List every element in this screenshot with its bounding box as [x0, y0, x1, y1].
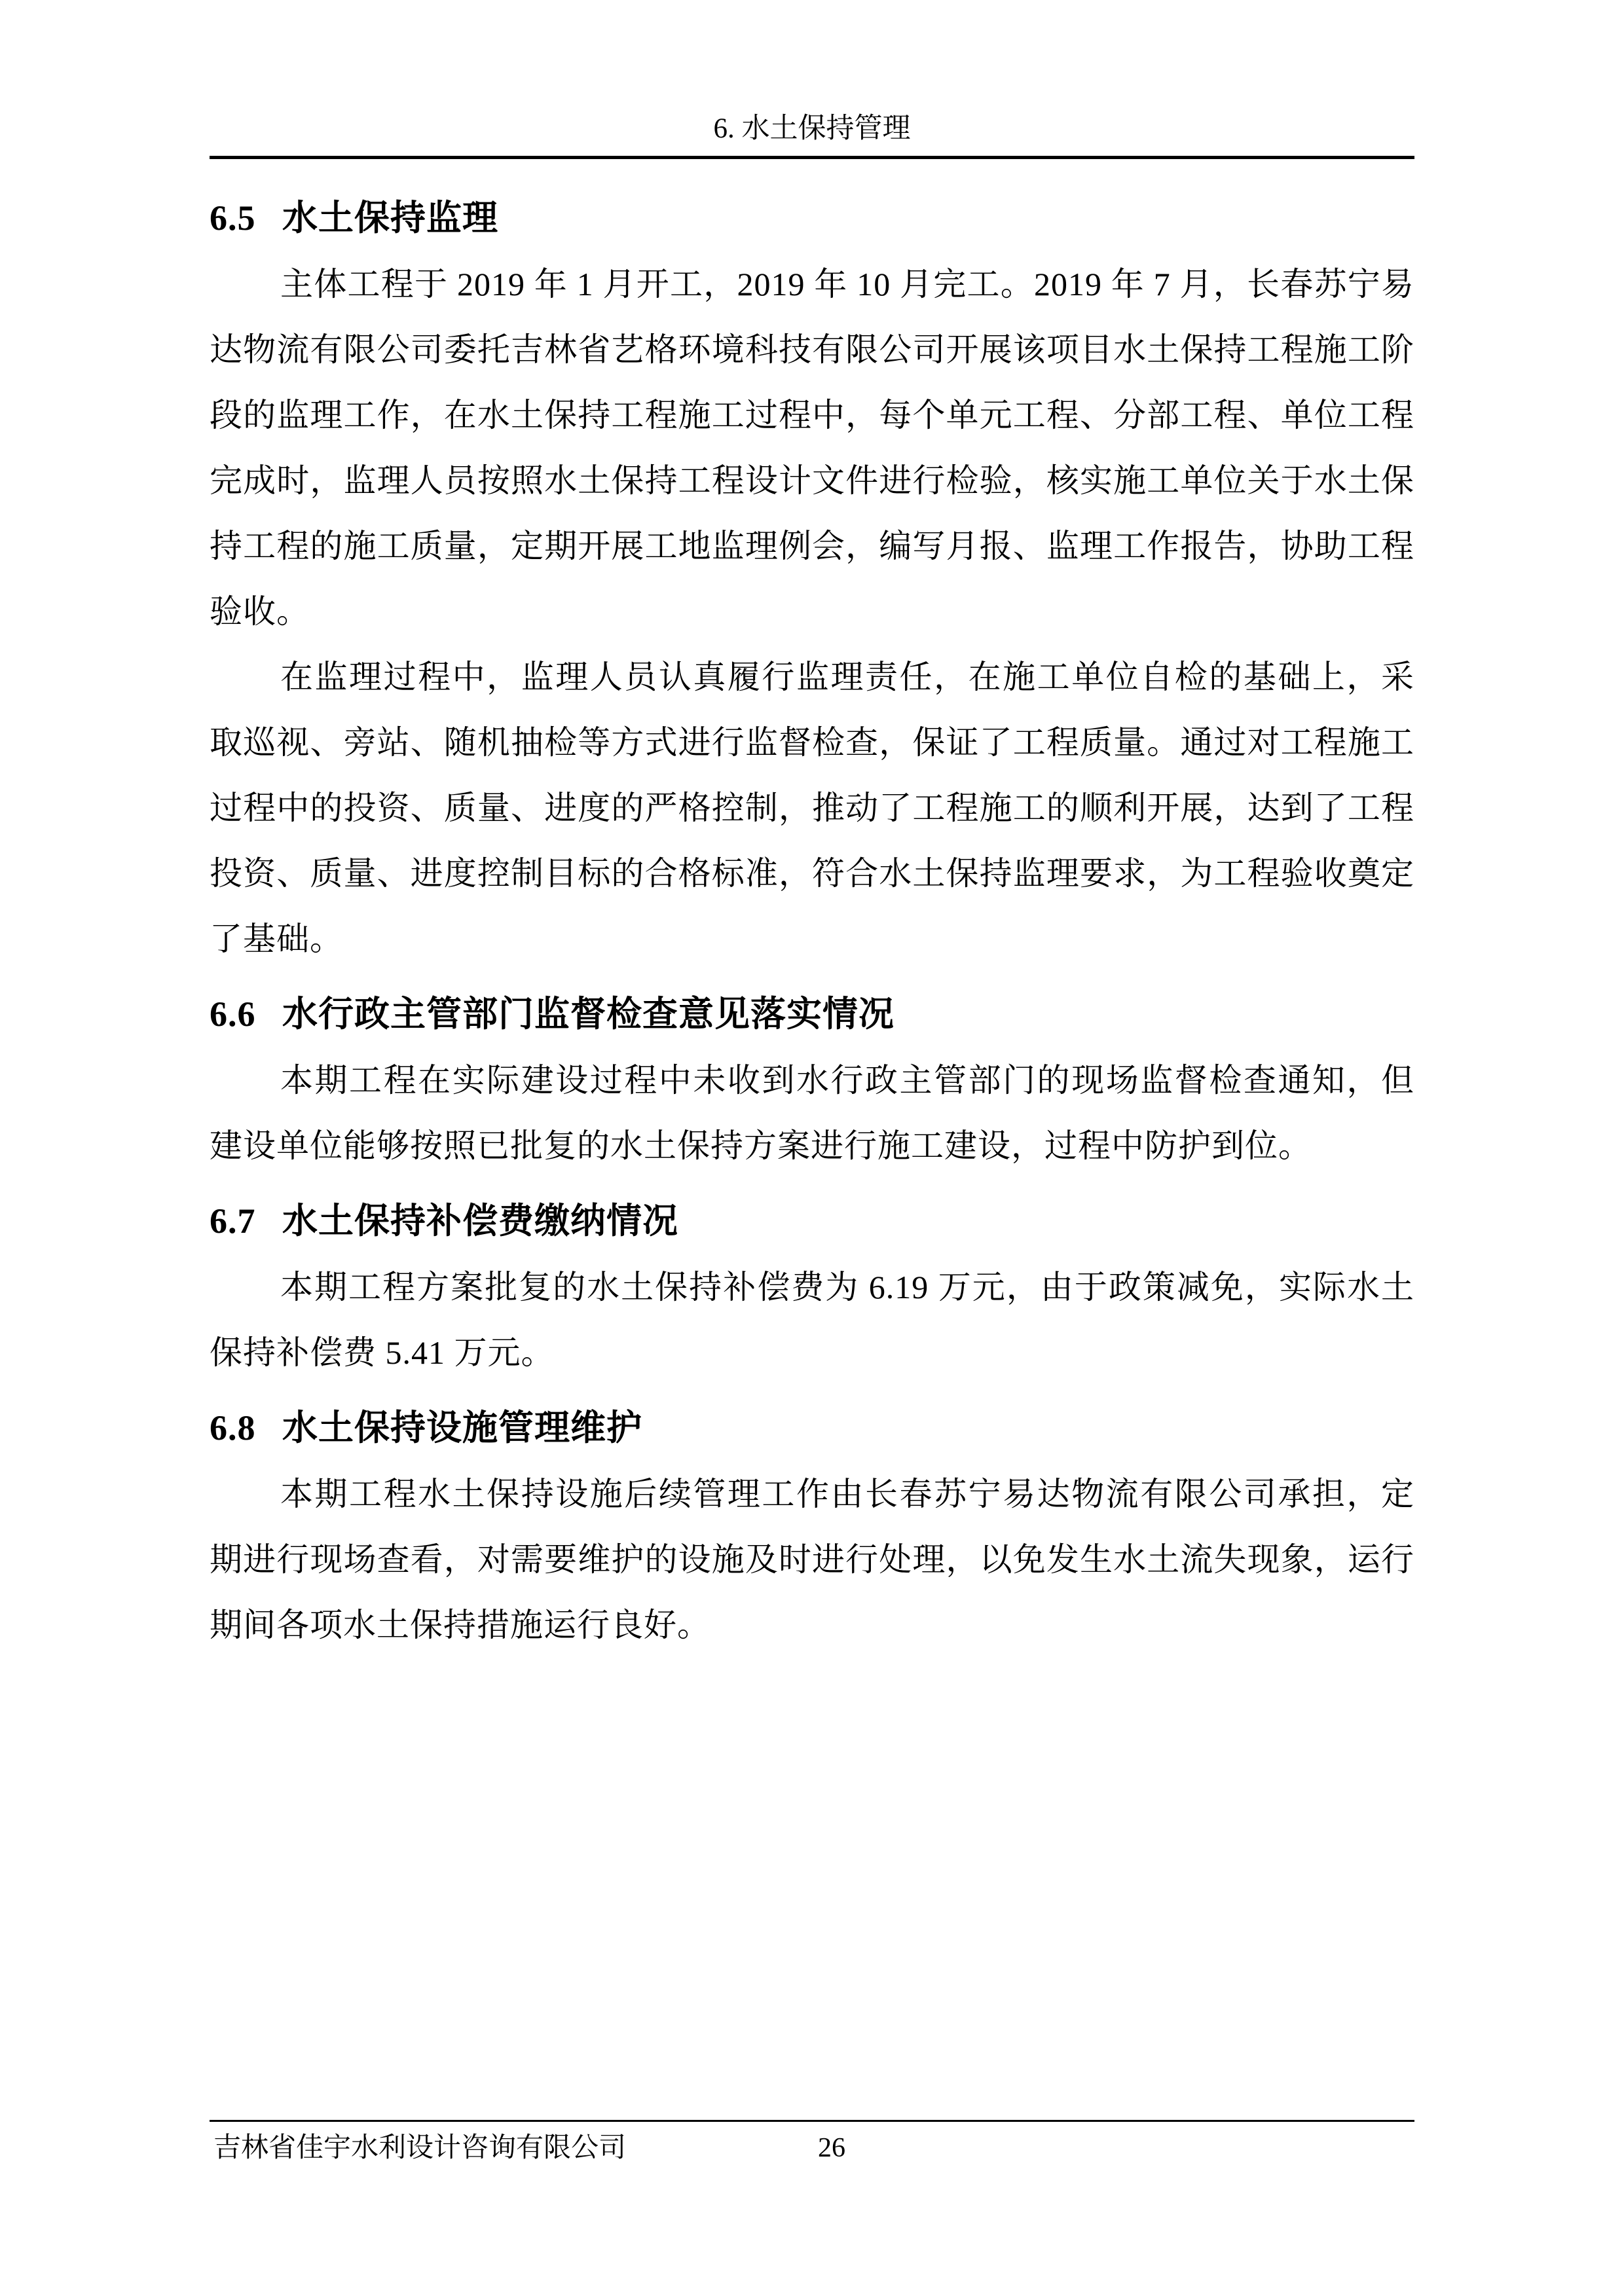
paragraph: 在监理过程中，监理人员认真履行监理责任，在施工单位自检的基础上，采取巡视、旁站、…	[210, 644, 1414, 972]
section-title: 水土保持设施管理维护	[282, 1408, 642, 1448]
footer-company-name: 吉林省佳宇水利设计咨询有限公司	[213, 2132, 626, 2164]
document-page: 6. 水土保持管理 6.5 水土保持监理 主体工程于 2019 年 1 月开工，…	[0, 0, 1624, 2296]
section-title: 水土保持监理	[282, 198, 498, 238]
footer-page-number: 26	[818, 2132, 845, 2164]
section-number: 6.5	[210, 198, 256, 238]
paragraph: 本期工程在实际建设过程中未收到水行政主管部门的现场监督检查通知，但建设单位能够按…	[210, 1048, 1414, 1178]
paragraph: 本期工程方案批复的水土保持补偿费为 6.19 万元，由于政策减免，实际水土保持补…	[210, 1254, 1414, 1385]
section-heading-6-5: 6.5 水土保持监理	[210, 194, 1414, 242]
section-number: 6.7	[210, 1201, 256, 1241]
section-number: 6.6	[210, 994, 256, 1034]
paragraph: 本期工程水土保持设施后续管理工作由长春苏宁易达物流有限公司承担，定期进行现场查看…	[210, 1461, 1414, 1658]
document-body: 6.5 水土保持监理 主体工程于 2019 年 1 月开工，2019 年 10 …	[210, 0, 1414, 1658]
paragraph: 主体工程于 2019 年 1 月开工，2019 年 10 月完工。2019 年 …	[210, 251, 1414, 644]
section-heading-6-8: 6.8 水土保持设施管理维护	[210, 1404, 1414, 1452]
section-title: 水土保持补偿费缴纳情况	[282, 1201, 678, 1241]
section-title: 水行政主管部门监督检查意见落实情况	[282, 994, 895, 1034]
section-number: 6.8	[210, 1408, 256, 1448]
section-heading-6-6: 6.6 水行政主管部门监督检查意见落实情况	[210, 990, 1414, 1038]
section-heading-6-7: 6.7 水土保持补偿费缴纳情况	[210, 1197, 1414, 1245]
page-footer: 吉林省佳宇水利设计咨询有限公司 26	[210, 2120, 1414, 2185]
